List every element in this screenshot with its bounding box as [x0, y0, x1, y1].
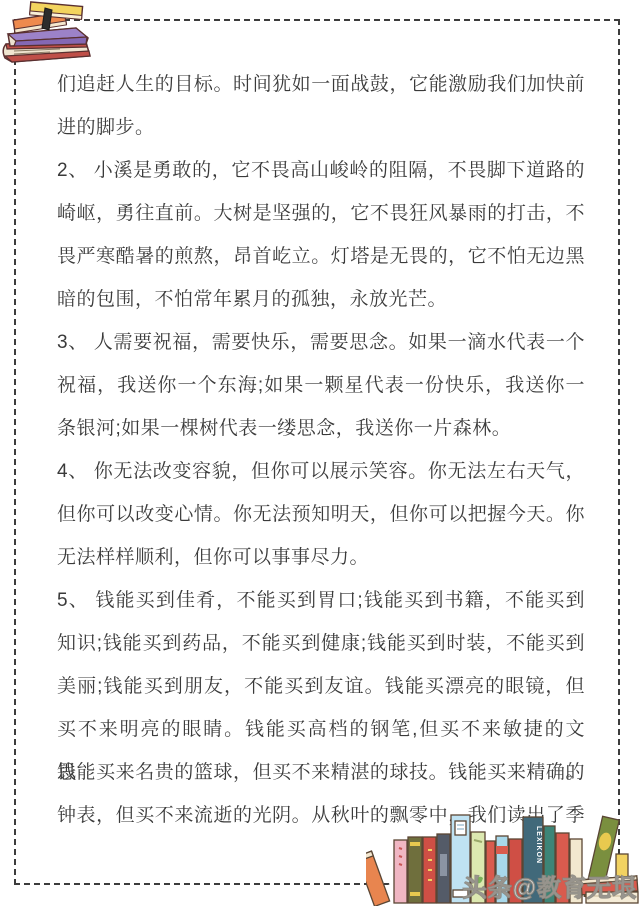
text-line: 崎岖，勇往直前。大树是坚强的，它不畏狂风暴雨的打击，不 [57, 192, 585, 235]
text-line: 畏严寒酷暑的煎熬，昂首屹立。灯塔是无畏的，它不怕无边黑 [57, 235, 585, 278]
text-line: 买不来明亮的眼睛。钱能买高档的钢笔,但买不来敏捷的文思。 [57, 708, 585, 751]
text-line: 知识;钱能买到药品，不能买到健康;钱能买到时装，不能买到 [57, 622, 585, 665]
text-line: 钱能买来名贵的篮球，但买不来精湛的球技。钱能买来精确的 [57, 751, 585, 794]
text-line: 5、 钱能买到佳肴，不能买到胃口;钱能买到书籍，不能买到 [57, 579, 585, 622]
text-line: 条银河;如果一棵树代表一缕思念，我送你一片森林。 [57, 407, 585, 450]
text-line: 暗的包围，不怕常年累月的孤独，永放光芒。 [57, 278, 585, 321]
book-spine-label-lexikon: LEXIKON [535, 826, 542, 864]
text-line: 3、 人需要祝福，需要快乐，需要思念。如果一滴水代表一个 [57, 321, 585, 364]
text-line: 4、 你无法改变容貌，但你可以展示笑容。你无法左右天气， [57, 450, 585, 493]
book-stack-icon [0, 0, 98, 66]
text-line: 进的脚步。 [57, 106, 585, 149]
text-line: 2、 小溪是勇敢的，它不畏高山峻岭的阻隔，不畏脚下道路的 [57, 149, 585, 192]
text-line: 们追赶人生的目标。时间犹如一面战鼓，它能激励我们加快前 [57, 63, 585, 106]
text-line: 但你可以改变心情。你无法预知明天，但你可以把握今天。你 [57, 493, 585, 536]
watermark: 头条@教育无垠 [463, 868, 637, 903]
text-line: 美丽;钱能买到朋友，不能买到友谊。钱能买漂亮的眼镜，但 [57, 665, 585, 708]
text-content: 们追赶人生的目标。时间犹如一面战鼓，它能激励我们加快前 进的脚步。 2、 小溪是… [57, 63, 585, 837]
text-line: 祝福，我送你一个东海;如果一颗星代表一份快乐，我送你一 [57, 364, 585, 407]
text-line: 无法样样顺利，但你可以事事尽力。 [57, 536, 585, 579]
document-page: 们追赶人生的目标。时间犹如一面战鼓，它能激励我们加快前 进的脚步。 2、 小溪是… [0, 0, 640, 906]
